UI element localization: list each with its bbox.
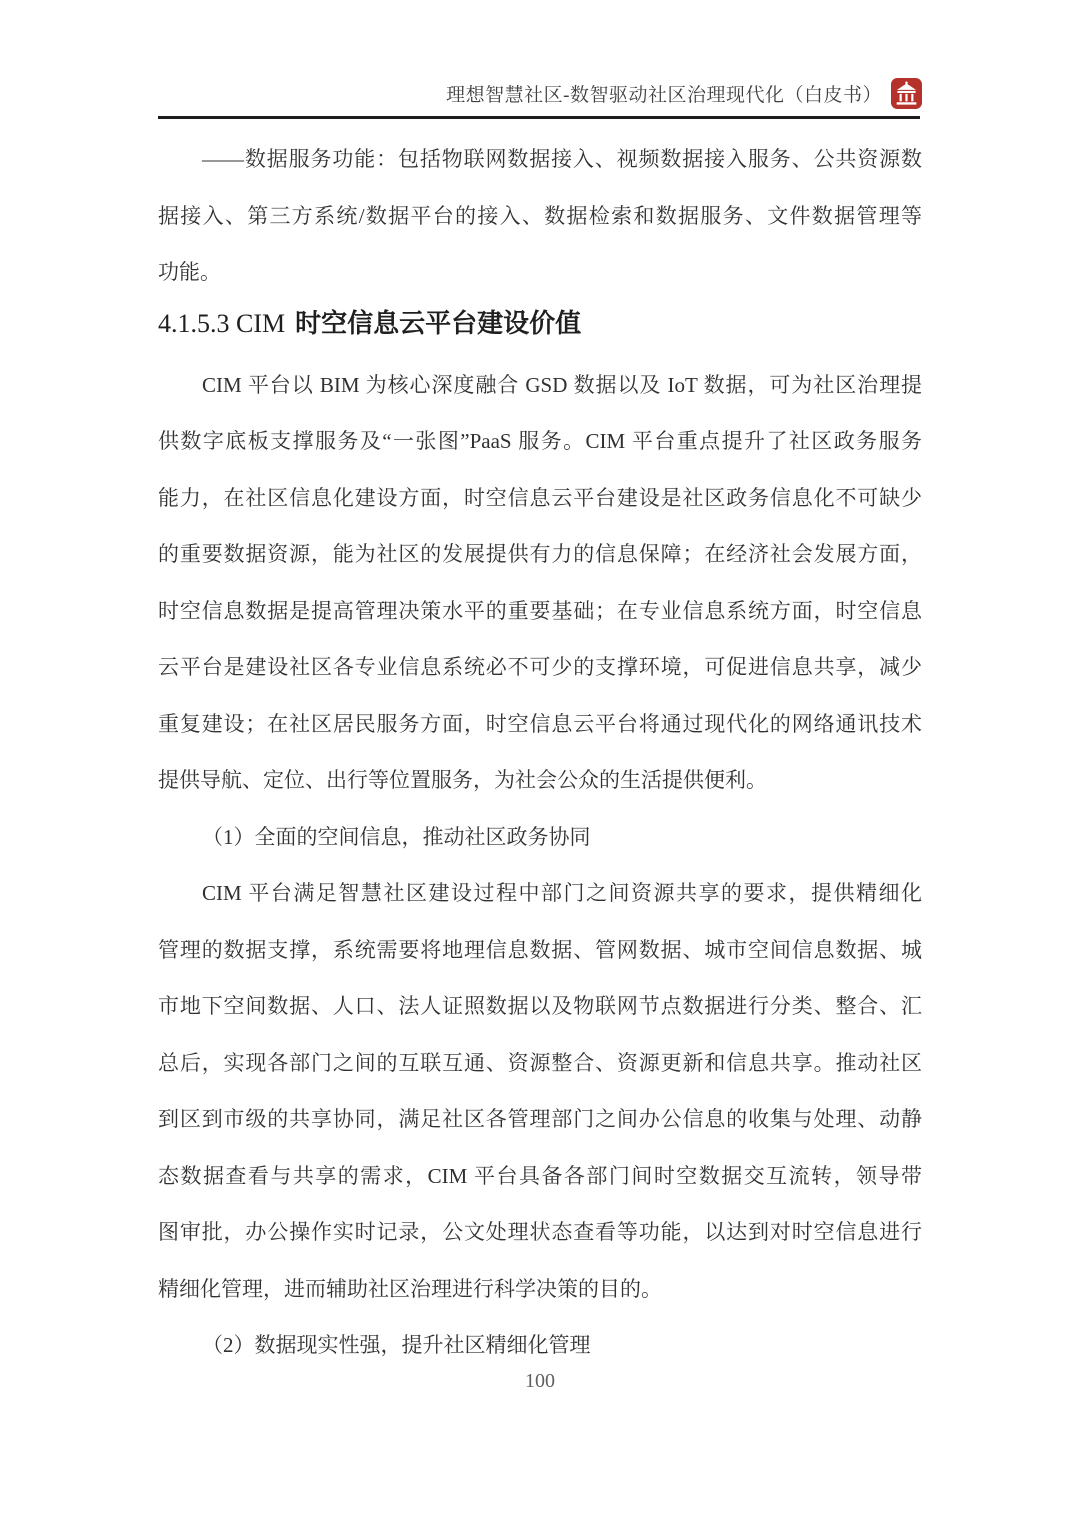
- text-line: 时空信息数据是提高管理决策水平的重要基础；在专业信息系统方面，时空信息: [158, 596, 922, 626]
- text-line: CIM 平台满足智慧社区建设过程中部门之间资源共享的要求，提供精细化: [158, 878, 922, 908]
- text-line: 图审批，办公操作实时记录，公文处理状态查看等功能，以达到对时空信息进行: [158, 1217, 922, 1247]
- document-page: 理想智慧社区-数智驱动社区治理现代化（白皮书） ——数据服务功能：包括物联网数据…: [0, 0, 1080, 1527]
- text-line: CIM 平台以 BIM 为核心深度融合 GSD 数据以及 IoT 数据，可为社区…: [158, 370, 922, 400]
- text-line: 到区到市级的共享协同，满足社区各管理部门之间办公信息的收集与处理、动静: [158, 1104, 922, 1134]
- section-title: 时空信息云平台建设价值: [295, 309, 581, 339]
- text-line: 提供导航、定位、出行等位置服务，为社会公众的生活提供便利。: [158, 765, 922, 795]
- text-line: 态数据查看与共享的需求，CIM 平台具备各部门间时空数据交互流转，领导带: [158, 1161, 922, 1191]
- text-line: 总后，实现各部门之间的互联互通、资源整合、资源更新和信息共享。推动社区: [158, 1048, 922, 1078]
- document-header: 理想智慧社区-数智驱动社区治理现代化（白皮书）: [158, 76, 922, 110]
- text-line: 市地下空间数据、人口、法人证照数据以及物联网节点数据进行分类、整合、汇: [158, 991, 922, 1021]
- section-heading: 4.1.5.3 CIM时空信息云平台建设价值: [158, 306, 922, 342]
- publisher-logo-icon: [891, 78, 922, 109]
- section-number: 4.1.5.3 CIM: [158, 309, 285, 338]
- text-line: 供数字底板支撑服务及“一张图”PaaS 服务。CIM 平台重点提升了社区政务服务: [158, 426, 922, 456]
- header-divider: [158, 116, 920, 119]
- page-number: 100: [0, 1368, 1080, 1394]
- text-line: 管理的数据支撑，系统需要将地理信息数据、管网数据、城市空间信息数据、城: [158, 935, 922, 965]
- text-line: 功能。: [158, 257, 922, 287]
- subsection-heading: （2）数据现实性强，提升社区精细化管理: [158, 1330, 922, 1360]
- text-line: 云平台是建设社区各专业信息系统必不可少的支撑环境，可促进信息共享，减少: [158, 652, 922, 682]
- text-line: 的重要数据资源，能为社区的发展提供有力的信息保障；在经济社会发展方面，: [158, 539, 922, 569]
- text-line: 精细化管理，进而辅助社区治理进行科学决策的目的。: [158, 1274, 922, 1304]
- text-line: ——数据服务功能：包括物联网数据接入、视频数据接入服务、公共资源数: [158, 144, 922, 174]
- text-line: 据接入、第三方系统/数据平台的接入、数据检索和数据服务、文件数据管理等: [158, 201, 922, 231]
- subsection-heading: （1）全面的空间信息，推动社区政务协同: [158, 822, 922, 852]
- text-line: 重复建设；在社区居民服务方面，时空信息云平台将通过现代化的网络通讯技术: [158, 709, 922, 739]
- document-header-title: 理想智慧社区-数智驱动社区治理现代化（白皮书）: [446, 80, 882, 107]
- text-line: 能力，在社区信息化建设方面，时空信息云平台建设是社区政务信息化不可缺少: [158, 483, 922, 513]
